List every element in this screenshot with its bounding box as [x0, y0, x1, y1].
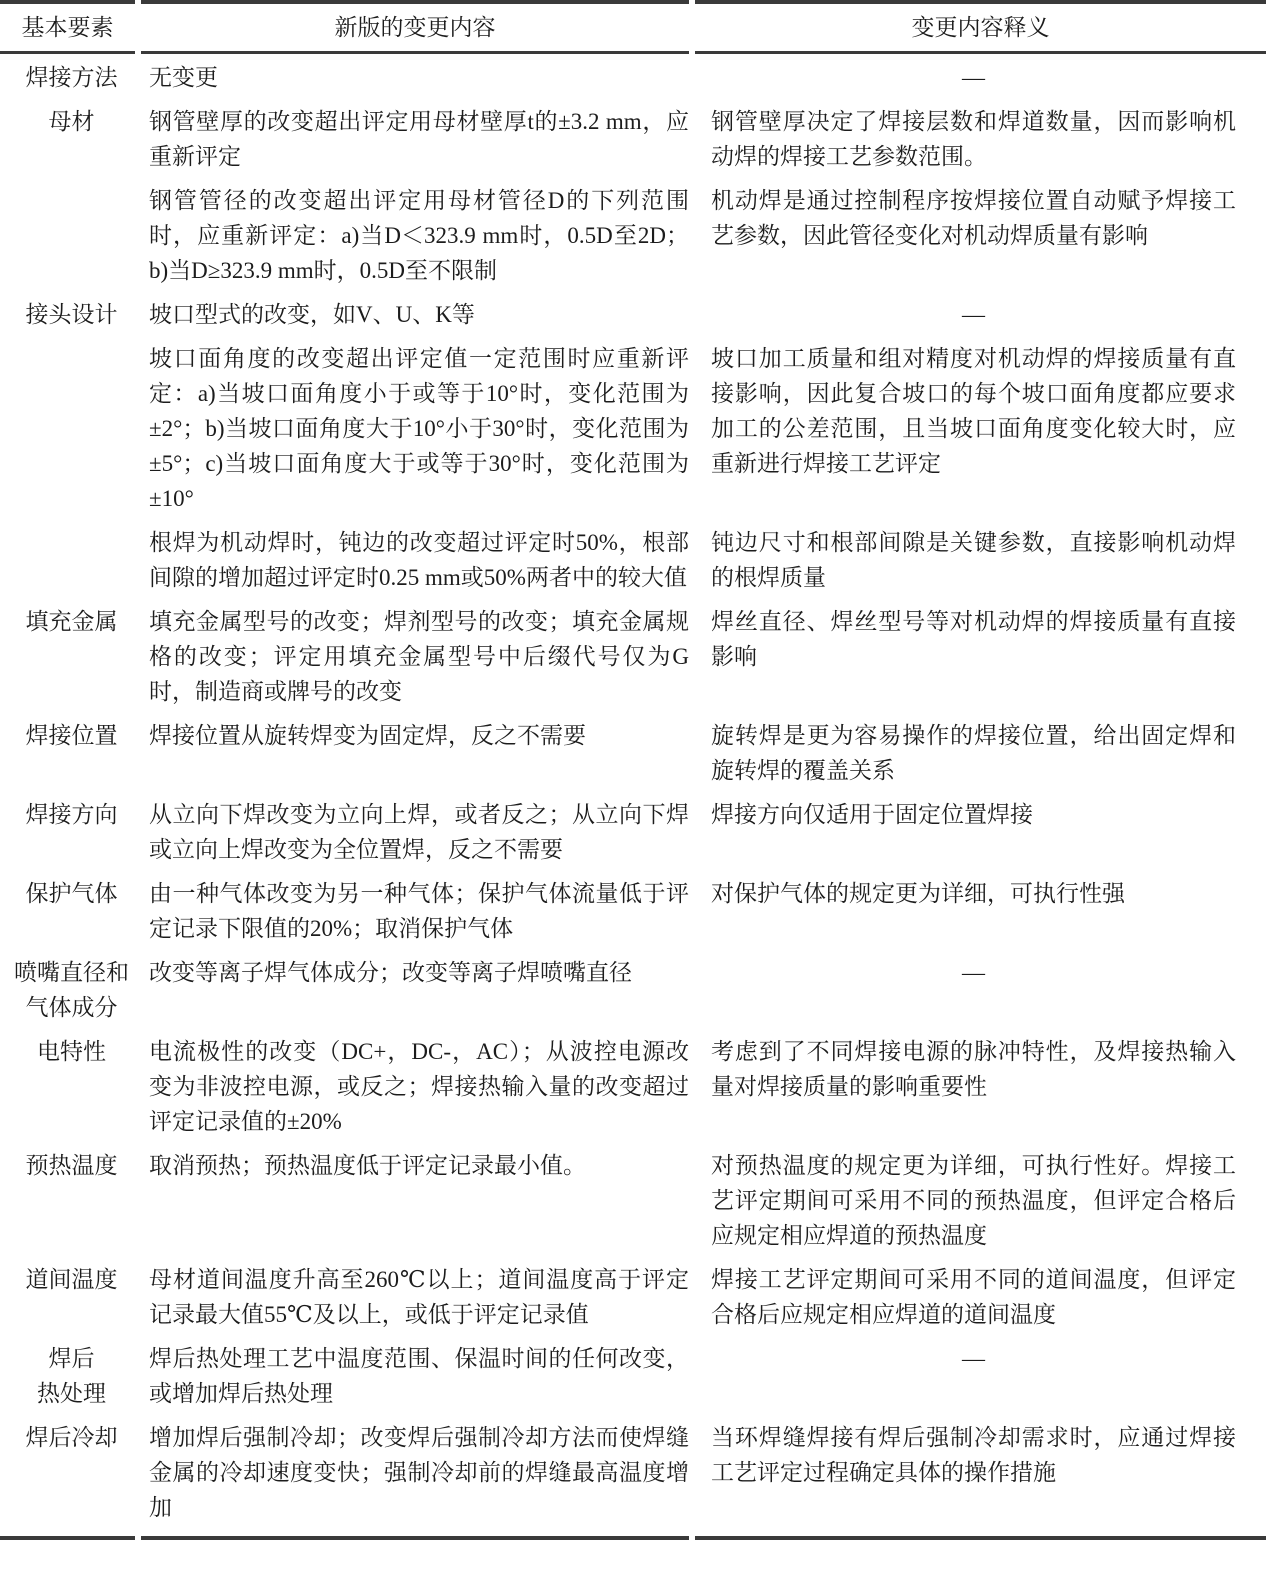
header-change-column: 新版的变更内容 [141, 0, 689, 54]
table-row-filler-metal: 填充金属 填充金属型号的改变；焊剂型号的改变；填充金属规格的改变；评定用填充金属… [0, 604, 1266, 709]
element-cell: 焊后冷却 [0, 1420, 135, 1540]
change-cell: 钢管壁厚的改变超出评定用母材壁厚t的±3.2 mm，应重新评定 [141, 104, 689, 174]
interpretation-cell: 对保护气体的规定更为详细，可执行性强 [695, 876, 1266, 946]
header-interpretation-label: 变更内容释义 [912, 15, 1050, 40]
header-element-column: 基本要素 [0, 0, 135, 54]
element-cell [0, 525, 135, 595]
table-row-welding-position: 焊接位置 焊接位置从旋转焊变为固定焊，反之不需要 旋转焊是更为容易操作的焊接位置… [0, 718, 1266, 788]
element-cell: 焊接方向 [0, 797, 135, 867]
change-cell: 电流极性的改变（DC+，DC-，AC）；从波控电源改变为非波控电源，或反之；焊接… [141, 1034, 689, 1139]
interpretation-cell: 当环焊缝焊接有焊后强制冷却需求时，应通过焊接工艺评定过程确定具体的操作措施 [695, 1420, 1266, 1540]
header-element-label: 基本要素 [22, 15, 114, 40]
change-cell: 焊后热处理工艺中温度范围、保温时间的任何改变，或增加焊后热处理 [141, 1341, 689, 1411]
element-cell: 保护气体 [0, 876, 135, 946]
change-cell: 钢管管径的改变超出评定用母材管径D的下列范围时，应重新评定：a)当D＜323.9… [141, 183, 689, 288]
interpretation-cell: — [695, 60, 1266, 95]
change-cell: 坡口型式的改变，如V、U、K等 [141, 297, 689, 332]
element-cell: 焊接位置 [0, 718, 135, 788]
table-row-base-metal-1: 母材 钢管壁厚的改变超出评定用母材壁厚t的±3.2 mm，应重新评定 钢管壁厚决… [0, 104, 1266, 174]
table-row-joint-design-3: 根焊为机动焊时，钝边的改变超过评定时50%，根部间隙的增加超过评定时0.25 m… [0, 525, 1266, 595]
table-row-joint-design-1: 接头设计 坡口型式的改变，如V、U、K等 — [0, 297, 1266, 332]
table-row-welding-direction: 焊接方向 从立向下焊改变为立向上焊，或者反之；从立向下焊或立向上焊改变为全位置焊… [0, 797, 1266, 867]
table-row-electrical-characteristics: 电特性 电流极性的改变（DC+，DC-，AC）；从波控电源改变为非波控电源，或反… [0, 1034, 1266, 1139]
header-interpretation-column: 变更内容释义 [695, 0, 1266, 54]
interpretation-cell: 旋转焊是更为容易操作的焊接位置，给出固定焊和旋转焊的覆盖关系 [695, 718, 1266, 788]
element-cell: 接头设计 [0, 297, 135, 332]
element-cell: 填充金属 [0, 604, 135, 709]
table-row-welding-method: 焊接方法 无变更 — [0, 60, 1266, 95]
interpretation-cell: — [695, 955, 1266, 1025]
interpretation-cell: 机动焊是通过控制程序按焊接位置自动赋予焊接工艺参数，因此管径变化对机动焊质量有影… [695, 183, 1266, 288]
table-body: 焊接方法 无变更 — 母材 钢管壁厚的改变超出评定用母材壁厚t的±3.2 mm，… [0, 54, 1266, 1540]
table-row-nozzle-diameter-gas-composition: 喷嘴直径和 气体成分 改变等离子焊气体成分；改变等离子焊喷嘴直径 — [0, 955, 1266, 1025]
interpretation-cell: 坡口加工质量和组对精度对机动焊的焊接质量有直接影响，因此复合坡口的每个坡口面角度… [695, 341, 1266, 516]
interpretation-cell: 焊接工艺评定期间可采用不同的道间温度，但评定合格后应规定相应焊道的道间温度 [695, 1262, 1266, 1332]
table-row-joint-design-2: 坡口面角度的改变超出评定值一定范围时应重新评定：a)当坡口面角度小于或等于10°… [0, 341, 1266, 516]
element-cell: 母材 [0, 104, 135, 174]
element-cell: 焊后 热处理 [0, 1341, 135, 1411]
change-cell: 母材道间温度升高至260℃以上；道间温度高于评定记录最大值55℃及以上，或低于评… [141, 1262, 689, 1332]
table-header-row: 基本要素 新版的变更内容 变更内容释义 [0, 0, 1266, 54]
interpretation-cell: — [695, 1341, 1266, 1411]
interpretation-cell: — [695, 297, 1266, 332]
change-cell: 坡口面角度的改变超出评定值一定范围时应重新评定：a)当坡口面角度小于或等于10°… [141, 341, 689, 516]
interpretation-cell: 对预热温度的规定更为详细，可执行性好。焊接工艺评定期间可采用不同的预热温度，但评… [695, 1148, 1266, 1253]
header-change-label: 新版的变更内容 [335, 15, 496, 40]
element-cell: 道间温度 [0, 1262, 135, 1332]
table-row-interpass-temperature: 道间温度 母材道间温度升高至260℃以上；道间温度高于评定记录最大值55℃及以上… [0, 1262, 1266, 1332]
table-row-shielding-gas: 保护气体 由一种气体改变为另一种气体；保护气体流量低于评定记录下限值的20%；取… [0, 876, 1266, 946]
element-cell: 焊接方法 [0, 60, 135, 95]
table-row-preheat-temperature: 预热温度 取消预热；预热温度低于评定记录最小值。 对预热温度的规定更为详细，可执… [0, 1148, 1266, 1253]
interpretation-cell: 考虑到了不同焊接电源的脉冲特性，及焊接热输入量对焊接质量的影响重要性 [695, 1034, 1266, 1139]
interpretation-cell: 钢管壁厚决定了焊接层数和焊道数量，因而影响机动焊的焊接工艺参数范围。 [695, 104, 1266, 174]
interpretation-cell: 焊接方向仅适用于固定位置焊接 [695, 797, 1266, 867]
element-cell: 电特性 [0, 1034, 135, 1139]
change-cell: 改变等离子焊气体成分；改变等离子焊喷嘴直径 [141, 955, 689, 1025]
change-cell: 增加焊后强制冷却；改变焊后强制冷却方法而使焊缝金属的冷却速度变快；强制冷却前的焊… [141, 1420, 689, 1540]
interpretation-cell: 钝边尺寸和根部间隙是关键参数，直接影响机动焊的根焊质量 [695, 525, 1266, 595]
change-cell: 从立向下焊改变为立向上焊，或者反之；从立向下焊或立向上焊改变为全位置焊，反之不需… [141, 797, 689, 867]
element-cell [0, 341, 135, 516]
change-elements-table: 基本要素 新版的变更内容 变更内容释义 焊接方法 无变更 — 母材 钢管壁厚的改… [0, 0, 1266, 1540]
interpretation-cell: 焊丝直径、焊丝型号等对机动焊的焊接质量有直接影响 [695, 604, 1266, 709]
element-cell [0, 183, 135, 288]
change-cell: 由一种气体改变为另一种气体；保护气体流量低于评定记录下限值的20%；取消保护气体 [141, 876, 689, 946]
change-cell: 取消预热；预热温度低于评定记录最小值。 [141, 1148, 689, 1253]
table-row-post-weld-heat-treatment: 焊后 热处理 焊后热处理工艺中温度范围、保温时间的任何改变，或增加焊后热处理 — [0, 1341, 1266, 1411]
change-cell: 根焊为机动焊时，钝边的改变超过评定时50%，根部间隙的增加超过评定时0.25 m… [141, 525, 689, 595]
change-cell: 填充金属型号的改变；焊剂型号的改变；填充金属规格的改变；评定用填充金属型号中后缀… [141, 604, 689, 709]
table-row-post-weld-cooling: 焊后冷却 增加焊后强制冷却；改变焊后强制冷却方法而使焊缝金属的冷却速度变快；强制… [0, 1420, 1266, 1540]
change-cell: 焊接位置从旋转焊变为固定焊，反之不需要 [141, 718, 689, 788]
element-cell: 预热温度 [0, 1148, 135, 1253]
element-cell: 喷嘴直径和 气体成分 [0, 955, 135, 1025]
table-row-base-metal-2: 钢管管径的改变超出评定用母材管径D的下列范围时，应重新评定：a)当D＜323.9… [0, 183, 1266, 288]
change-cell: 无变更 [141, 60, 689, 95]
